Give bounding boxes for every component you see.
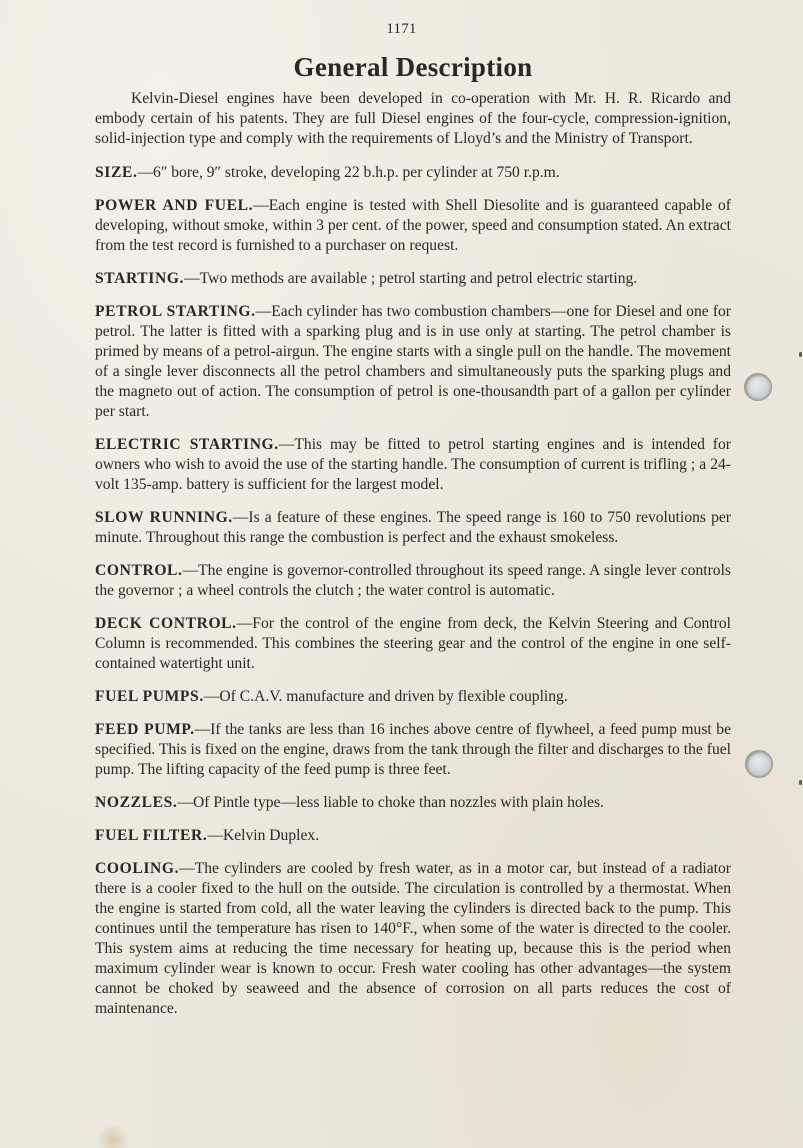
edge-mark	[799, 780, 802, 785]
section-heading: FUEL FILTER.	[95, 827, 207, 844]
section-text: —Of C.A.V. manufacture and driven by fle…	[204, 688, 568, 705]
section-slow-running: SLOW RUNNING.—Is a feature of these engi…	[95, 508, 731, 548]
section-deck-control: DECK CONTROL.—For the control of the eng…	[95, 614, 731, 674]
section-text: —Each cylinder has two combustion chambe…	[95, 303, 731, 420]
section-text: —Two methods are available ; petrol star…	[184, 270, 637, 287]
document-body: Kelvin-Diesel engines have been develope…	[95, 89, 731, 1032]
section-power-and-fuel: POWER AND FUEL.—Each engine is tested wi…	[95, 196, 731, 256]
section-petrol-starting: PETROL STARTING.—Each cylinder has two c…	[95, 302, 731, 422]
section-nozzles: NOZZLES.—Of Pintle type—less liable to c…	[95, 793, 731, 813]
section-heading: FEED PUMP.	[95, 721, 195, 738]
page-number: 1171	[0, 21, 803, 38]
punch-hole-top	[744, 373, 772, 401]
intro-paragraph: Kelvin-Diesel engines have been develope…	[95, 89, 731, 149]
section-control: CONTROL.—The engine is governor-controll…	[95, 561, 731, 601]
section-heading: COOLING.	[95, 860, 179, 877]
page-title: General Description	[0, 52, 803, 83]
section-size: SIZE.—6″ bore, 9″ stroke, developing 22 …	[95, 163, 731, 183]
section-text: —The cylinders are cooled by fresh water…	[95, 860, 731, 1017]
section-text: —Kelvin Duplex.	[207, 827, 319, 844]
section-cooling: COOLING.—The cylinders are cooled by fre…	[95, 859, 731, 1019]
section-heading: POWER AND FUEL.	[95, 197, 253, 214]
section-starting: STARTING.—Two methods are available ; pe…	[95, 269, 731, 289]
section-heading: ELECTRIC STARTING.	[95, 436, 279, 453]
section-fuel-pumps: FUEL PUMPS.—Of C.A.V. manufacture and dr…	[95, 687, 731, 707]
section-heading: SIZE.	[95, 164, 137, 181]
edge-mark	[799, 352, 802, 357]
section-fuel-filter: FUEL FILTER.—Kelvin Duplex.	[95, 826, 731, 846]
section-heading: FUEL PUMPS.	[95, 688, 204, 705]
punch-hole-bottom	[745, 750, 773, 778]
section-electric-starting: ELECTRIC STARTING.—This may be fitted to…	[95, 435, 731, 495]
section-heading: PETROL STARTING.	[95, 303, 256, 320]
section-heading: STARTING.	[95, 270, 184, 287]
section-heading: CONTROL.	[95, 562, 183, 579]
paper-stain	[95, 1126, 131, 1148]
section-feed-pump: FEED PUMP.—If the tanks are less than 16…	[95, 720, 731, 780]
section-heading: SLOW RUNNING.	[95, 509, 233, 526]
section-text: —Of Pintle type—less liable to choke tha…	[177, 794, 604, 811]
section-text: —6″ bore, 9″ stroke, developing 22 b.h.p…	[137, 164, 559, 181]
section-heading: NOZZLES.	[95, 794, 177, 811]
section-heading: DECK CONTROL.	[95, 615, 237, 632]
section-text: —The engine is governor-controlled throu…	[95, 562, 731, 599]
